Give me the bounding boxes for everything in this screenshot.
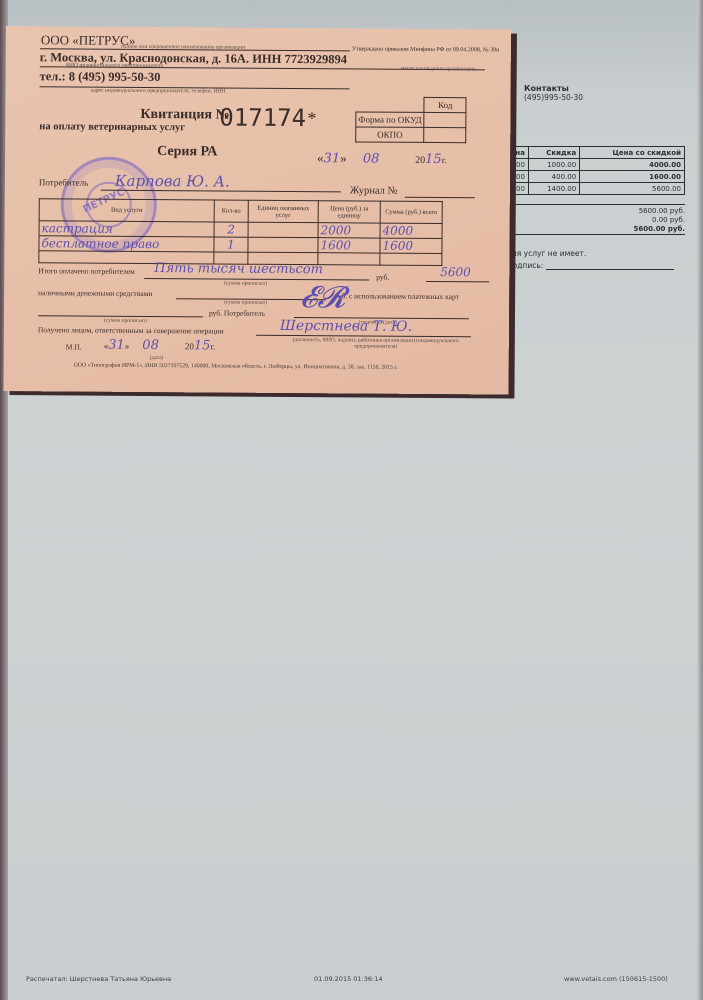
header-price: Цена (руб.) за единицу: [318, 201, 380, 223]
divider: [426, 281, 489, 282]
header-service: Вид услуги: [39, 199, 214, 222]
service-qty: 1: [214, 237, 248, 252]
printer-line: ООО «Типография ИРМ-1», ИНН 5027107529, …: [74, 362, 398, 370]
date-caption: (дата): [150, 355, 164, 361]
card-label: руб. с использованием платежных карт: [334, 291, 459, 301]
consumer-label: Потребитель: [39, 177, 88, 187]
sum-caption-2: (сумма прописью): [224, 300, 267, 306]
contacts-block: Контакты (495)995-50-30: [524, 84, 583, 102]
okud-value: [424, 112, 466, 127]
header-qty: Кол-во: [214, 200, 248, 222]
total-amount: 5600.00 руб.: [505, 207, 685, 216]
consumer-signature: 𝓔𝓡: [300, 280, 345, 315]
bottom-date-suffix: г.: [210, 341, 215, 351]
total-label: Итого оплачено потребителем: [38, 266, 135, 276]
total-currency: руб.: [376, 273, 389, 282]
location-caption: место нахождения организации,: [401, 66, 476, 73]
service-sum: [380, 253, 442, 265]
journal-label: Журнал №: [350, 185, 398, 196]
bottom-date: «31» 08 2015г.: [104, 337, 216, 354]
receipt-number: 017174: [219, 103, 306, 132]
service-name: бесплатное право: [39, 236, 214, 252]
rub-consumer-label: руб. Потребитель: [209, 308, 265, 317]
contacts-phone: (495)995-50-30: [524, 93, 583, 102]
approval-note: Утверждено приказом Минфина РФ от 09.04.…: [352, 46, 500, 54]
invoice-header-discount: Скидка: [528, 147, 579, 159]
bottom-date-month: 08: [142, 338, 159, 353]
invoice-table: на Скидка Цена со скидкой 00 1000.00 400…: [505, 146, 685, 195]
approval-text: Утверждено приказом Минфина РФ от 09.04.…: [352, 46, 500, 53]
total-discount: 0.00 руб.: [505, 216, 685, 225]
table-cell: 4000.00: [580, 159, 685, 171]
footer-datetime: 01.09.2015 01:36:14: [314, 975, 382, 983]
grand-total: 5600.00 руб.: [505, 225, 685, 235]
table-cell: 1000.00: [528, 159, 579, 171]
service-price: 1600: [318, 238, 380, 253]
divider: [405, 197, 475, 198]
org-caption: полное или сокращенное наименование орга…: [121, 44, 245, 51]
service-qty: 2: [214, 222, 248, 237]
date-day: 31: [324, 151, 341, 166]
code-header: Код: [424, 97, 466, 112]
mp-label: М.П.: [66, 342, 82, 351]
claims-note: ния услуг не имеет.: [507, 249, 586, 258]
service-sum: 4000: [380, 223, 442, 238]
footer-site: www.vetais.com (150615-1500): [564, 975, 668, 983]
fio-caption: ФИО индивидуального предпринимателя: [66, 62, 163, 69]
position-caption: (должность, ФИО, подпись работника орган…: [286, 337, 466, 350]
service-units: [248, 237, 318, 252]
total-in-words: Пять тысяч шестьсот: [154, 261, 323, 277]
total-sum: 5600: [440, 265, 471, 279]
series-label: Серия РА: [157, 144, 217, 160]
star-mark: *: [307, 108, 316, 129]
received-label: Получено лицом, ответственным за соверше…: [38, 325, 224, 335]
service-price: 2000: [318, 223, 380, 238]
okud-label: Форма по ОКУД: [356, 112, 424, 127]
signature-field: Подпись:: [507, 261, 674, 270]
signature-line: [546, 262, 674, 270]
table-cell: 400.00: [528, 171, 579, 183]
cash-label: наличными денежными средствами: [38, 288, 152, 298]
header-sum: Сумма (руб.) всего: [380, 201, 442, 223]
phone-line: тел.: 8 (495) 995-50-30: [40, 69, 161, 85]
date-year-suffix: 15: [425, 152, 442, 167]
bottom-date-year-suffix: 15: [194, 338, 211, 353]
receipt-date: «31» 08 2015г.: [317, 150, 447, 167]
table-row: 00 400.00 1600.00: [506, 171, 685, 183]
okpo-label: ОКПО: [356, 127, 424, 142]
date-suffix: г.: [442, 155, 447, 165]
payment-receipt: ООО «ПЕТРУС» полное или сокращенное наим…: [3, 26, 511, 395]
signature-label: Подпись:: [507, 261, 543, 270]
phone-caption: адрес индивидуального предпринимателя, т…: [91, 88, 226, 95]
service-name: кастрация: [39, 221, 214, 237]
date-month: 08: [363, 151, 380, 166]
received-value: Шерстнева Т. Ю.: [280, 318, 412, 335]
invoice-totals: 5600.00 руб. 0.00 руб. 5600.00 руб.: [505, 204, 685, 235]
okpo-value: [424, 127, 466, 142]
service-price: [318, 253, 380, 265]
footer-printed-by: Распечатал: Шерстнева Татьяна Юрьевна: [26, 975, 171, 983]
date-year-prefix: 20: [415, 155, 425, 166]
invoice-header-discounted-price: Цена со скидкой: [580, 147, 685, 159]
service-sum: 1600: [380, 238, 442, 253]
okud-table: Код Форма по ОКУД ОКПО: [355, 96, 467, 143]
table-row: 00 1400.00 5600.00: [506, 183, 685, 195]
sum-caption: (сумма прописью): [224, 281, 267, 287]
contacts-title: Контакты: [524, 84, 583, 93]
bottom-date-day: 31: [108, 338, 125, 353]
bottom-date-year-prefix: 20: [185, 341, 194, 351]
table-cell: 1400.00: [528, 183, 579, 195]
table-row: 00 1000.00 4000.00: [506, 159, 685, 171]
table-cell: 5600.00: [580, 183, 685, 195]
table-cell: 1600.00: [580, 171, 685, 183]
header-units: Единиц оказанных услуг: [248, 200, 318, 222]
receipt-subtitle: на оплату ветеринарных услуг: [39, 121, 185, 133]
sum-caption-3: (сумма прописью): [104, 318, 147, 324]
service-units: [248, 222, 318, 237]
consumer-value: Карпова Ю. А.: [115, 172, 230, 191]
services-table: Вид услуги Кол-во Единиц оказанных услуг…: [38, 198, 442, 266]
